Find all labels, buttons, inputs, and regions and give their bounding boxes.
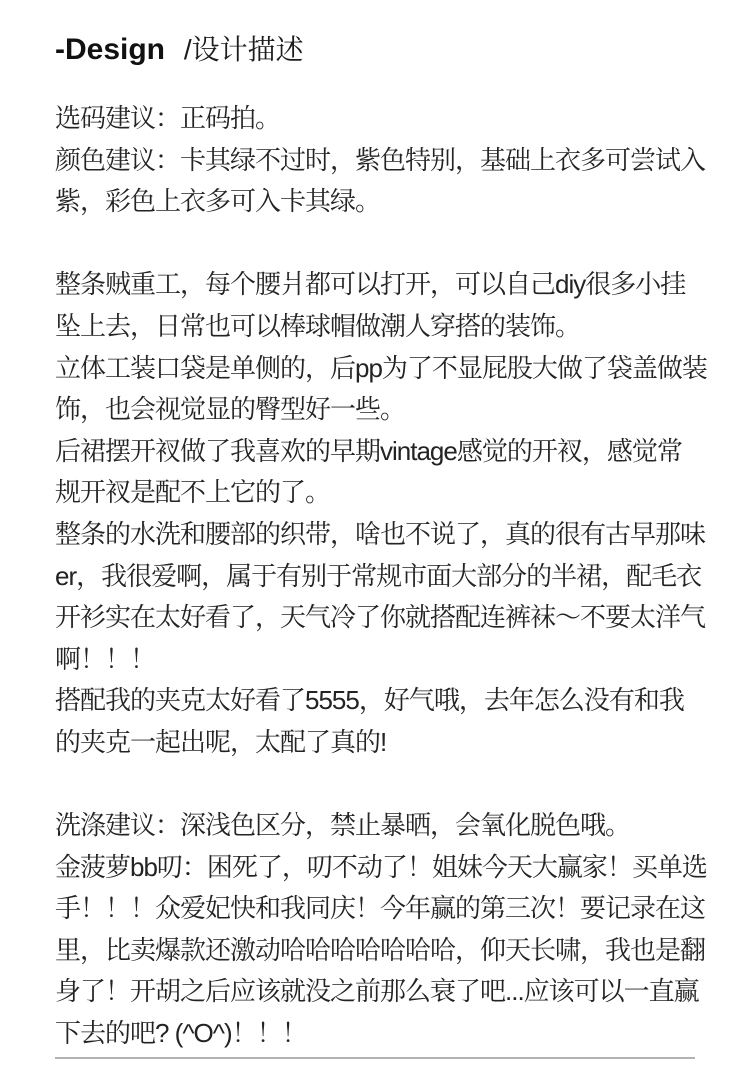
text-line: 开衫实在太好看了，天气冷了你就搭配连裤袜～不要太洋气	[55, 597, 695, 639]
text-line: 立体工装口袋是单侧的，后pp为了不显屁股大做了袋盖做装	[55, 348, 695, 390]
text-line: 手！！！众爱妃快和我同庆！今年赢的第三次！要记录在这	[55, 888, 695, 930]
text-line: 啊！！！	[55, 639, 695, 681]
description-body: 选码建议：正码拍。颜色建议：卡其绿不过时，紫色特别，基础上衣多可尝试入紫，彩色上…	[55, 98, 695, 1055]
page-title: -Design /设计描述	[55, 30, 695, 66]
paragraph: 选码建议：正码拍。颜色建议：卡其绿不过时，紫色特别，基础上衣多可尝试入紫，彩色上…	[55, 98, 695, 223]
paragraph: 整条贼重工，每个腰爿都可以打开，可以自己diy很多小挂坠上去，日常也可以棒球帽做…	[55, 264, 695, 763]
text-line: 颜色建议：卡其绿不过时，紫色特别，基础上衣多可尝试入	[55, 140, 695, 182]
text-line: 金菠萝bb叨：困死了，叨不动了！姐妹今天大赢家！买单选	[55, 847, 695, 889]
title-english: -Design	[55, 33, 165, 66]
title-chinese: /设计描述	[184, 34, 304, 65]
text-line: 搭配我的夹克太好看了5555，好气哦，去年怎么没有和我	[55, 680, 695, 722]
text-line: 饰，也会视觉显的臀型好一些。	[55, 389, 695, 431]
text-line: 洗涤建议：深浅色区分，禁止暴晒，会氧化脱色哦。	[55, 805, 695, 847]
text-line: 紫，彩色上衣多可入卡其绿。	[55, 181, 695, 223]
text-line: 规开衩是配不上它的了。	[55, 472, 695, 514]
text-line: 后裙摆开衩做了我喜欢的早期vintage感觉的开衩，感觉常	[55, 431, 695, 473]
text-line: 坠上去，日常也可以棒球帽做潮人穿搭的装饰。	[55, 306, 695, 348]
text-line: 的夹克一起出呢，太配了真的!	[55, 722, 695, 764]
paragraph: 洗涤建议：深浅色区分，禁止暴晒，会氧化脱色哦。金菠萝bb叨：困死了，叨不动了！姐…	[55, 805, 695, 1055]
text-line: 身了！开胡之后应该就没之前那么衰了吧...应该可以一直赢	[55, 971, 695, 1013]
text-line: 里，比卖爆款还激动哈哈哈哈哈哈哈，仰天长啸，我也是翻	[55, 930, 695, 972]
text-line: er，我很爱啊，属于有别于常规市面大部分的半裙，配毛衣	[55, 556, 695, 598]
text-line: 整条的水洗和腰部的织带，啥也不说了，真的很有古早那味	[55, 514, 695, 556]
text-line: 选码建议：正码拍。	[55, 98, 695, 140]
bottom-divider	[55, 1057, 695, 1059]
content-area: -Design /设计描述 选码建议：正码拍。颜色建议：卡其绿不过时，紫色特别，…	[0, 0, 750, 1055]
text-line: 下去的吧? (^O^)！！！	[55, 1013, 695, 1055]
text-line: 整条贼重工，每个腰爿都可以打开，可以自己diy很多小挂	[55, 264, 695, 306]
page: -Design /设计描述 选码建议：正码拍。颜色建议：卡其绿不过时，紫色特别，…	[0, 0, 750, 1076]
